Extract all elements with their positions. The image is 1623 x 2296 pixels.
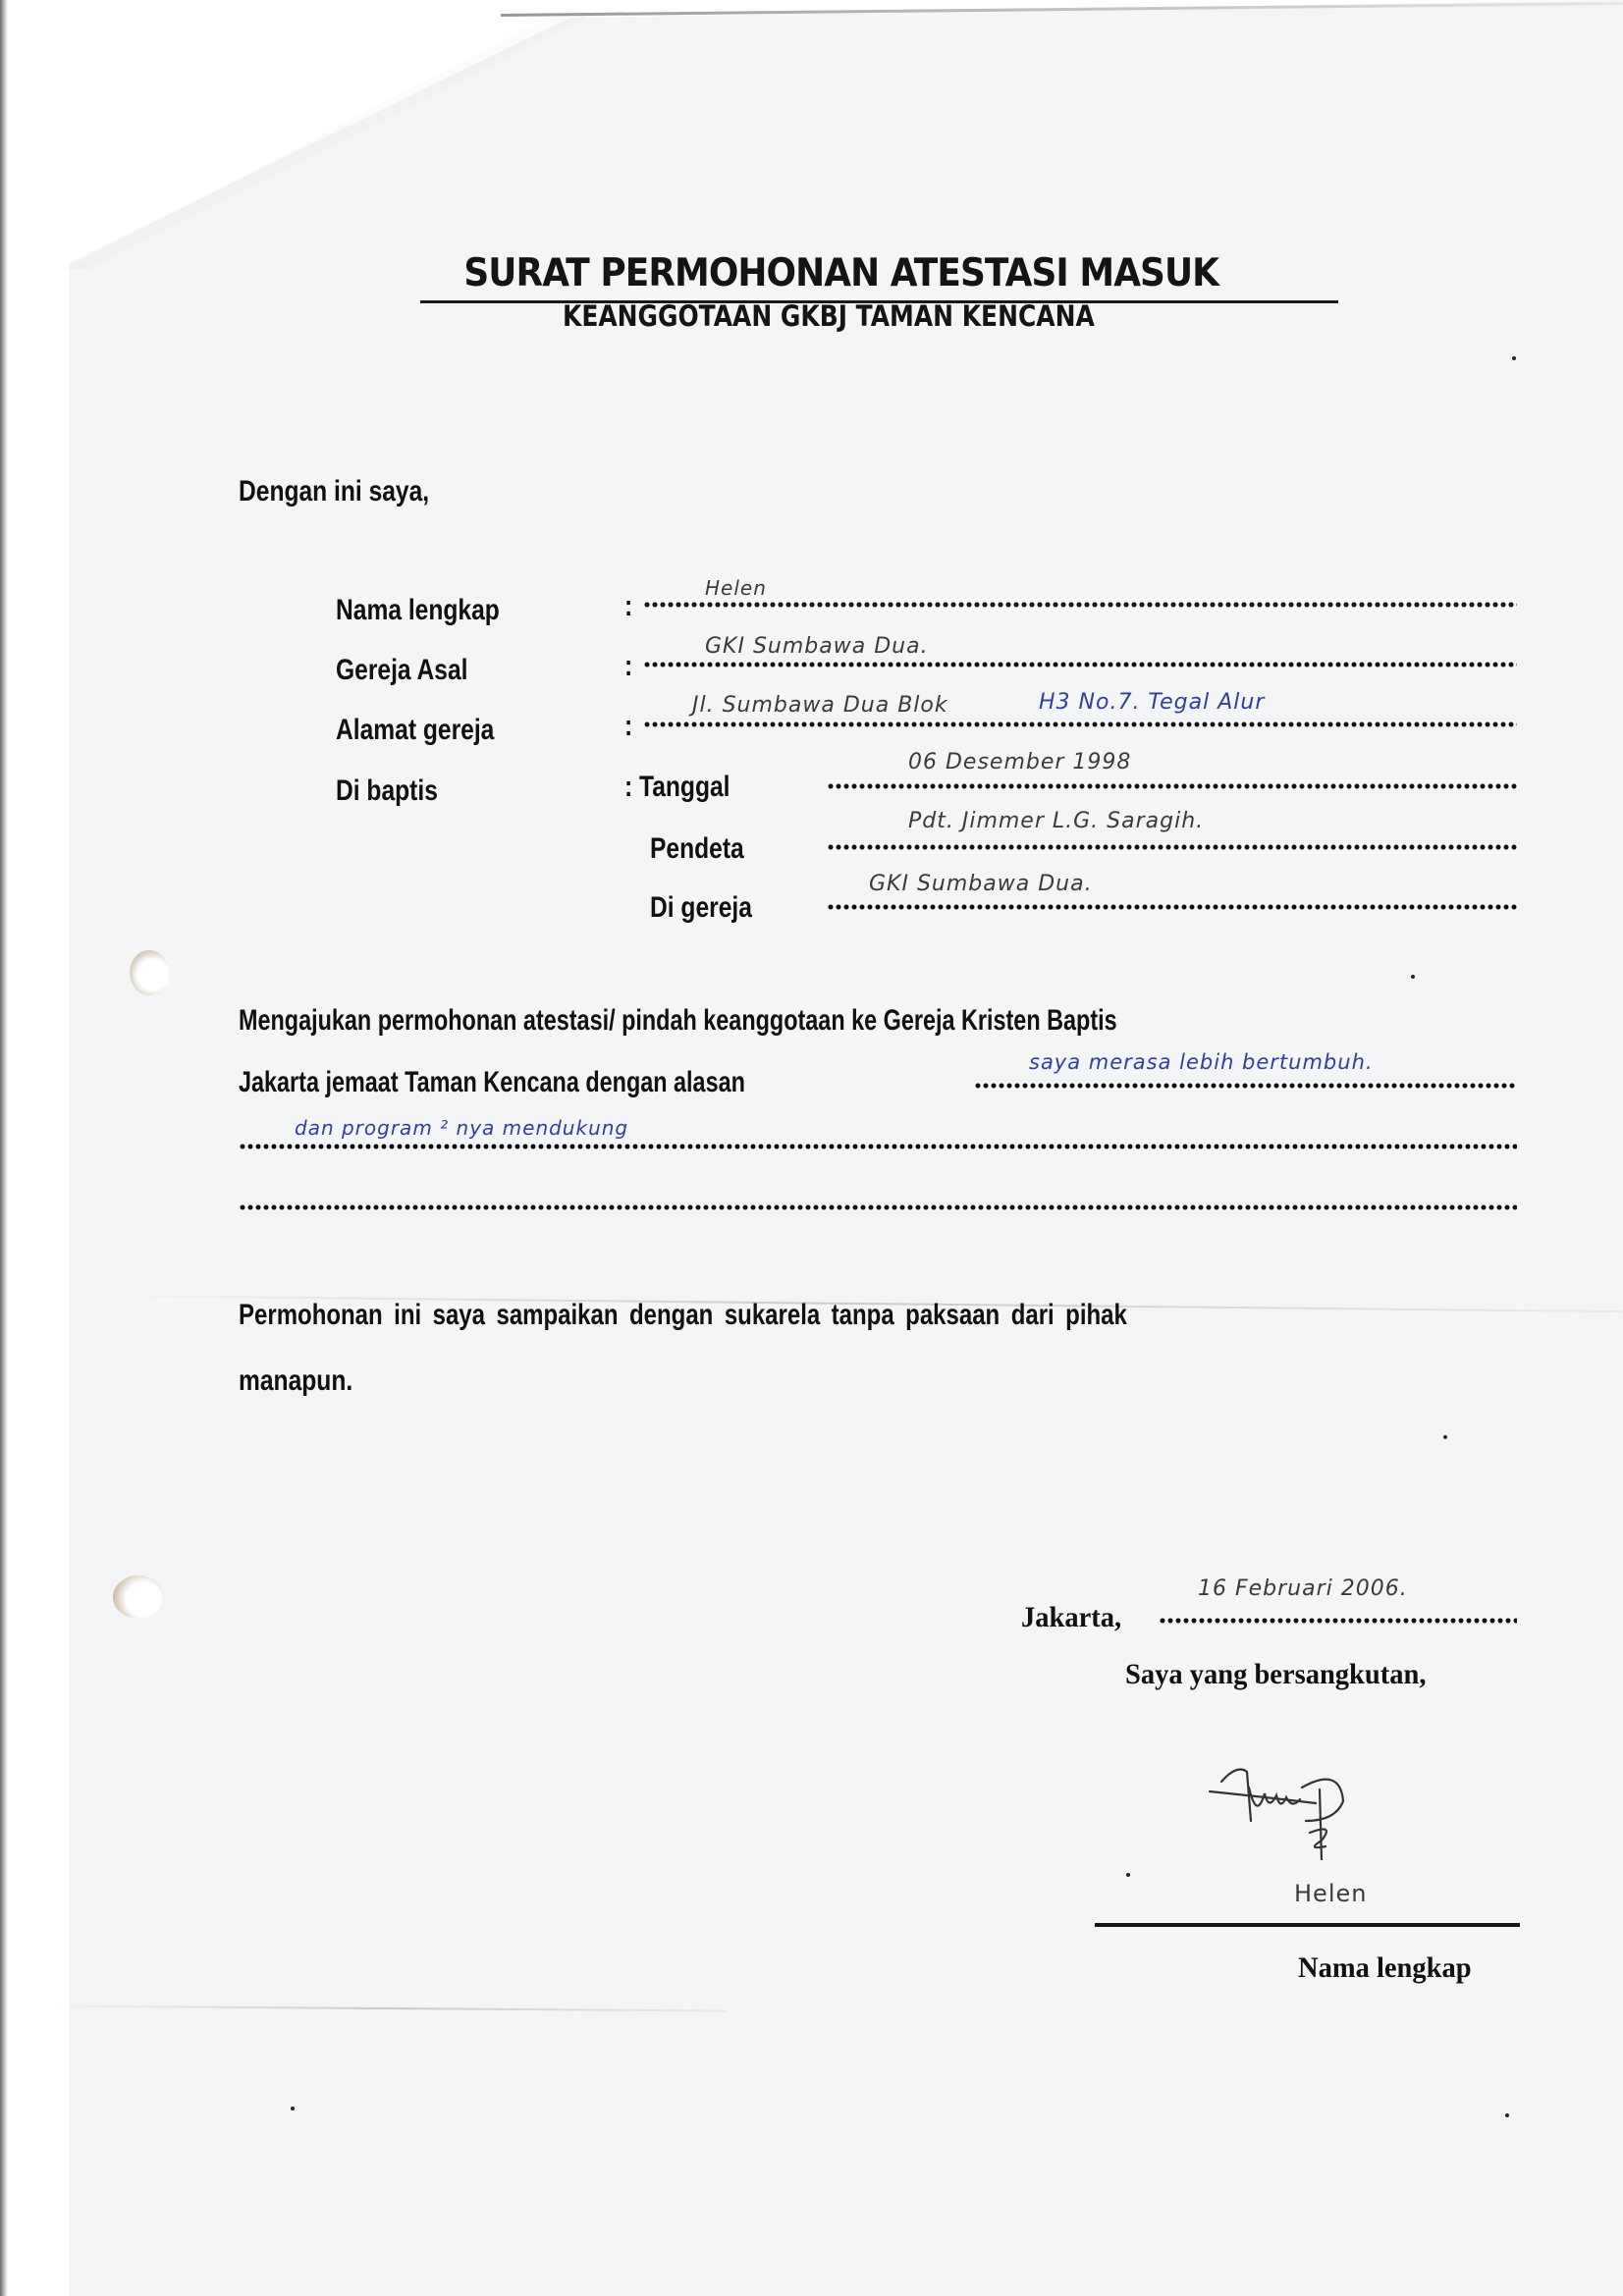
- name-caption: Nama lengkap: [1298, 1950, 1472, 1986]
- field-value-alamat-part2[interactable]: H3 No.7. Tegal Alur: [1039, 689, 1265, 717]
- field-label-di-baptis: Di baptis: [336, 774, 438, 809]
- punch-hole-icon: [113, 1575, 164, 1619]
- field-value-pendeta[interactable]: Pdt. Jimmer L.G. Saragih.: [908, 808, 1204, 835]
- fill-line-reason-1: [974, 1082, 1517, 1090]
- fill-line-alamat: [643, 721, 1517, 728]
- signatory-label: Saya yang bersangkutan,: [1125, 1657, 1426, 1692]
- field-value-gereja-asal[interactable]: GKI Sumbawa Dua.: [705, 633, 929, 661]
- fill-line-di-gereja: [827, 903, 1517, 911]
- field-value-tanggal[interactable]: 06 Desember 1998: [908, 749, 1131, 776]
- statement-line-1: Permohonan ini saya sampaikan dengan suk…: [239, 1298, 1127, 1333]
- intro-text: Dengan ini saya,: [239, 474, 429, 509]
- field-value-di-gereja[interactable]: GKI Sumbawa Dua.: [869, 871, 1093, 898]
- scan-speck: [1126, 1873, 1130, 1877]
- colon: :: [624, 709, 632, 744]
- signature-icon: [1208, 1762, 1355, 1860]
- fill-line-nama: [643, 601, 1517, 609]
- colon: :: [624, 589, 632, 624]
- fill-line-tanggal: [827, 782, 1517, 790]
- fill-line-reason-3: [239, 1203, 1517, 1211]
- field-label-nama: Nama lengkap: [336, 593, 500, 628]
- closing-place: Jakarta,: [1021, 1600, 1121, 1635]
- scan-speck: [1411, 975, 1415, 979]
- statement-line-2: manapun.: [239, 1363, 352, 1399]
- document-title: SURAT PERMOHONAN ATESTASI MASUK: [420, 250, 1262, 297]
- fill-line-reason-2: [239, 1143, 1517, 1150]
- field-value-nama[interactable]: Helen: [705, 574, 767, 602]
- signature-name[interactable]: Helen: [1294, 1880, 1367, 1907]
- fill-line-pendeta: [827, 843, 1517, 851]
- closing-date[interactable]: 16 Februari 2006.: [1198, 1575, 1408, 1603]
- fill-line-gereja-asal: [643, 661, 1517, 668]
- field-label-di-gereja: Di gereja: [650, 890, 752, 926]
- request-line-2: Jakarta jemaat Taman Kencana dengan alas…: [239, 1065, 745, 1100]
- field-value-alamat-part1[interactable]: Jl. Sumbawa Dua Blok: [692, 692, 948, 720]
- fill-line-date: [1159, 1617, 1517, 1625]
- scan-speck: [1505, 2113, 1509, 2117]
- reason-text-2[interactable]: dan program ² nya mendukung: [295, 1114, 628, 1142]
- signature-line: [1095, 1923, 1520, 1927]
- scanner-edge: [0, 0, 8, 2296]
- punch-hole-icon: [130, 950, 169, 995]
- field-label-tanggal: : Tanggal: [624, 770, 730, 805]
- field-label-gereja-asal: Gereja Asal: [336, 653, 467, 688]
- scan-speck: [1512, 356, 1516, 360]
- colon: :: [624, 649, 632, 684]
- scan-speck: [1443, 1435, 1447, 1439]
- document-subtitle: KEANGGOTAAN GKBJ TAMAN KENCANA: [563, 296, 1103, 336]
- reason-text-1[interactable]: saya merasa lebih bertumbuh.: [1029, 1048, 1374, 1076]
- field-label-alamat: Alamat gereja: [336, 713, 494, 748]
- request-line-1: Mengajukan permohonan atestasi/ pindah k…: [239, 1003, 1117, 1039]
- scan-speck: [291, 2107, 295, 2110]
- field-label-pendeta: Pendeta: [650, 831, 744, 867]
